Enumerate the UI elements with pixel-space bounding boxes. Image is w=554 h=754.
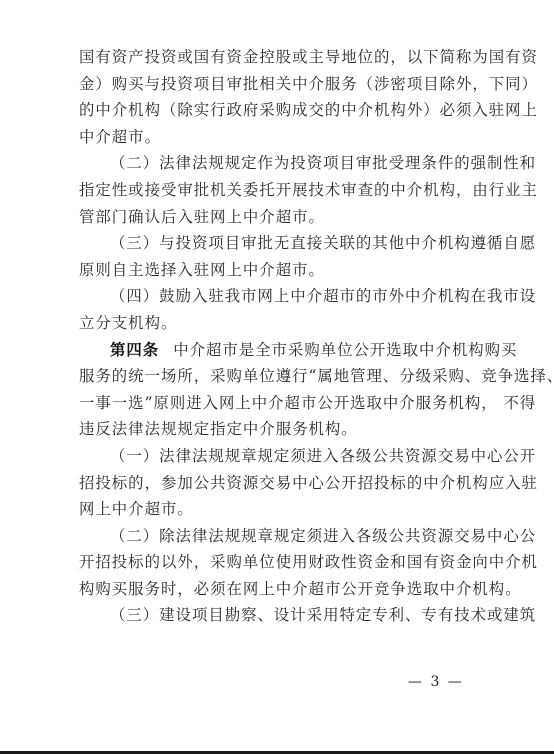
article-heading: 第四条 [110, 341, 159, 359]
text-line: 的中介机构（除实行政府采购成交的中介机构外）必须入驻网上 [79, 97, 473, 124]
clause-one-line: （一）法律法规规章规定须进入各级公共资源交易中心公开 [79, 443, 473, 470]
article-text: 中介超市是全市采购单位公开选取中介机构购买 [173, 341, 517, 359]
text-line: 金）购买与投资项目审批相关中介服务（涉密项目除外，下同） [79, 71, 473, 98]
clause-two-line: （二）除法律法规规章规定须进入各级公共资源交易中心公 [79, 523, 473, 550]
text-line: 管部门确认后入驻网上中介超市。 [79, 204, 473, 231]
page-number: — 3 — [408, 671, 464, 693]
text-line: 服务的统一场所，采购单位遵行“属地管理、分级采购、竞争选择、 [79, 363, 473, 390]
clause-four-line: （四）鼓励入驻我市网上中介超市的市外中介机构在我市设 [79, 283, 473, 310]
text-line: 中介超市。 [79, 124, 473, 151]
text-line: 立分支机构。 [79, 310, 473, 337]
text-line: 指定性或接受审批机关委托开展技术审查的中介机构，由行业主 [79, 177, 473, 204]
text-line: 构购买服务时，必须在网上中介超市公开竞争选取中介机构。 [79, 576, 473, 603]
text-line: 违反法律法规规定指定中介服务机构。 [79, 416, 473, 443]
clause-three-line: （三）建设项目勘察、设计采用特定专利、专有技术或建筑 [79, 602, 473, 629]
article-four-line: 第四条中介超市是全市采购单位公开选取中介机构购买 [79, 337, 473, 364]
text-line: 招投标的，参加公共资源交易中心公开招投标的中介机构应入驻 [79, 470, 473, 497]
text-line: 开招投标的以外，采购单位使用财政性资金和国有资金向中介机 [79, 549, 473, 576]
document-body: 国有资产投资或国有资金控股或主导地位的，以下简称为国有资 金）购买与投资项目审批… [79, 44, 473, 629]
clause-three-line: （三）与投资项目审批无直接关联的其他中介机构遵循自愿 [79, 230, 473, 257]
text-line: 原则自主选择入驻网上中介超市。 [79, 257, 473, 284]
text-line: 一事一选”原则进入网上中介超市公开选取中介服务机构， 不得 [79, 390, 473, 417]
text-line: 国有资产投资或国有资金控股或主导地位的，以下简称为国有资 [79, 44, 473, 71]
document-page: 国有资产投资或国有资金控股或主导地位的，以下简称为国有资 金）购买与投资项目审批… [0, 0, 554, 750]
text-line: 网上中介超市。 [79, 496, 473, 523]
clause-two-line: （二）法律法规规定作为投资项目审批受理条件的强制性和 [79, 150, 473, 177]
